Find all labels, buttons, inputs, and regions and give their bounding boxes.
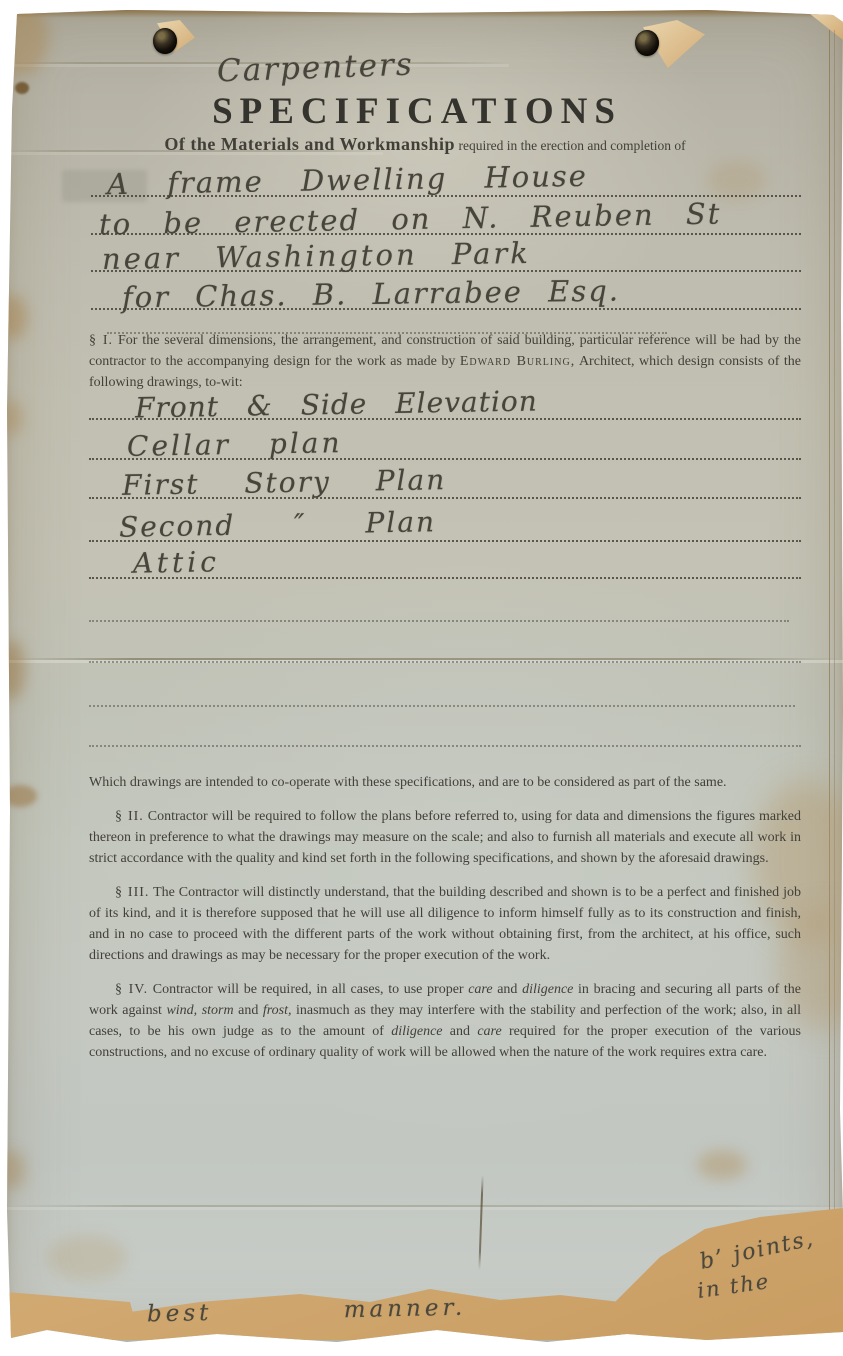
torn-corner-top-right: [805, 10, 843, 40]
ruled-line-empty: [89, 745, 801, 747]
section-4-paragraph: § IV. Contractor will be required, in al…: [89, 979, 801, 1063]
paper-fastener-left: [153, 28, 177, 54]
stain: [47, 1235, 127, 1280]
section-3-paragraph: § III. The Contractor will distinctly un…: [89, 882, 801, 966]
drawing-item-elevation: Front & Side Elevation: [135, 384, 538, 424]
subtitle-rest: required in the erection and completion …: [455, 138, 686, 153]
section-4-text: and: [493, 982, 523, 997]
section-1-mark: § I.: [89, 333, 113, 348]
ruled-line-empty: [89, 620, 789, 622]
stain: [0, 1150, 25, 1190]
page-edge-line: [829, 30, 830, 1300]
subtitle-bold: Of the Materials and Workmanship: [164, 134, 455, 154]
stain: [707, 160, 767, 200]
section-4-italic-diligence: diligence: [391, 1024, 442, 1039]
section-2-paragraph: § II. Contractor will be required to fol…: [89, 806, 801, 869]
section-4-italic-care: care: [477, 1024, 501, 1039]
section-3-mark: § III.: [115, 885, 149, 900]
section-4-text: Contractor will be required, in all case…: [148, 982, 468, 997]
section-4-mark: § IV.: [115, 982, 148, 997]
section-4-italic-frost: frost,: [263, 1003, 292, 1018]
body-paragraphs: Which drawings are intended to co-operat…: [89, 772, 801, 1076]
drawing-item-attic: Attic: [133, 545, 220, 580]
drawing-item-second-story: Second ″ Plan: [119, 505, 437, 544]
paper-top-edge: [7, 10, 843, 18]
handwritten-header: Carpenters: [216, 47, 414, 90]
stain: [0, 640, 25, 700]
subtitle: Of the Materials and Workmanship require…: [47, 134, 803, 155]
drawing-item-first-story: First Story Plan: [122, 463, 447, 502]
which-drawings-paragraph: Which drawings are intended to co-operat…: [89, 772, 801, 793]
ruled-line-empty: [89, 661, 801, 663]
paper-sheet: Carpenters SPECIFICATIONS Of the Materia…: [7, 10, 843, 1342]
section-1-paragraph: § I. For the several dimensions, the arr…: [89, 330, 801, 393]
section-4-text: and: [234, 1003, 263, 1018]
stain: [3, 785, 37, 807]
document-scan: Carpenters SPECIFICATIONS Of the Materia…: [0, 0, 843, 1356]
section-4-italic-care: care: [468, 982, 492, 997]
ruled-line-empty: [89, 705, 795, 707]
architect-name: Edward Burling,: [460, 354, 575, 369]
fold-crease: [7, 658, 843, 660]
section-4-italic-wind-storm: wind, storm: [166, 1003, 233, 1018]
section-4-text: and: [443, 1024, 478, 1039]
stain: [697, 1150, 747, 1180]
stain: [0, 400, 23, 436]
page-title: SPECIFICATIONS: [7, 90, 827, 133]
page-edge-line: [834, 30, 835, 1300]
section-2-mark: § II.: [115, 809, 144, 824]
fold-crease: [7, 1205, 843, 1207]
section-4-italic-diligence: diligence: [522, 982, 573, 997]
drawing-item-cellar: Cellar plan: [127, 426, 343, 463]
stain: [0, 295, 27, 340]
paper-crack: [478, 1175, 483, 1270]
fill-line-park: near Washington Park: [102, 236, 531, 276]
paper-fastener-right: [635, 30, 659, 56]
fill-line-client: for Chas. B. Larrabee Esq.: [122, 274, 620, 315]
section-3-text: The Contractor will distinctly understan…: [89, 885, 801, 963]
section-2-text: Contractor will be required to follow th…: [89, 809, 801, 866]
